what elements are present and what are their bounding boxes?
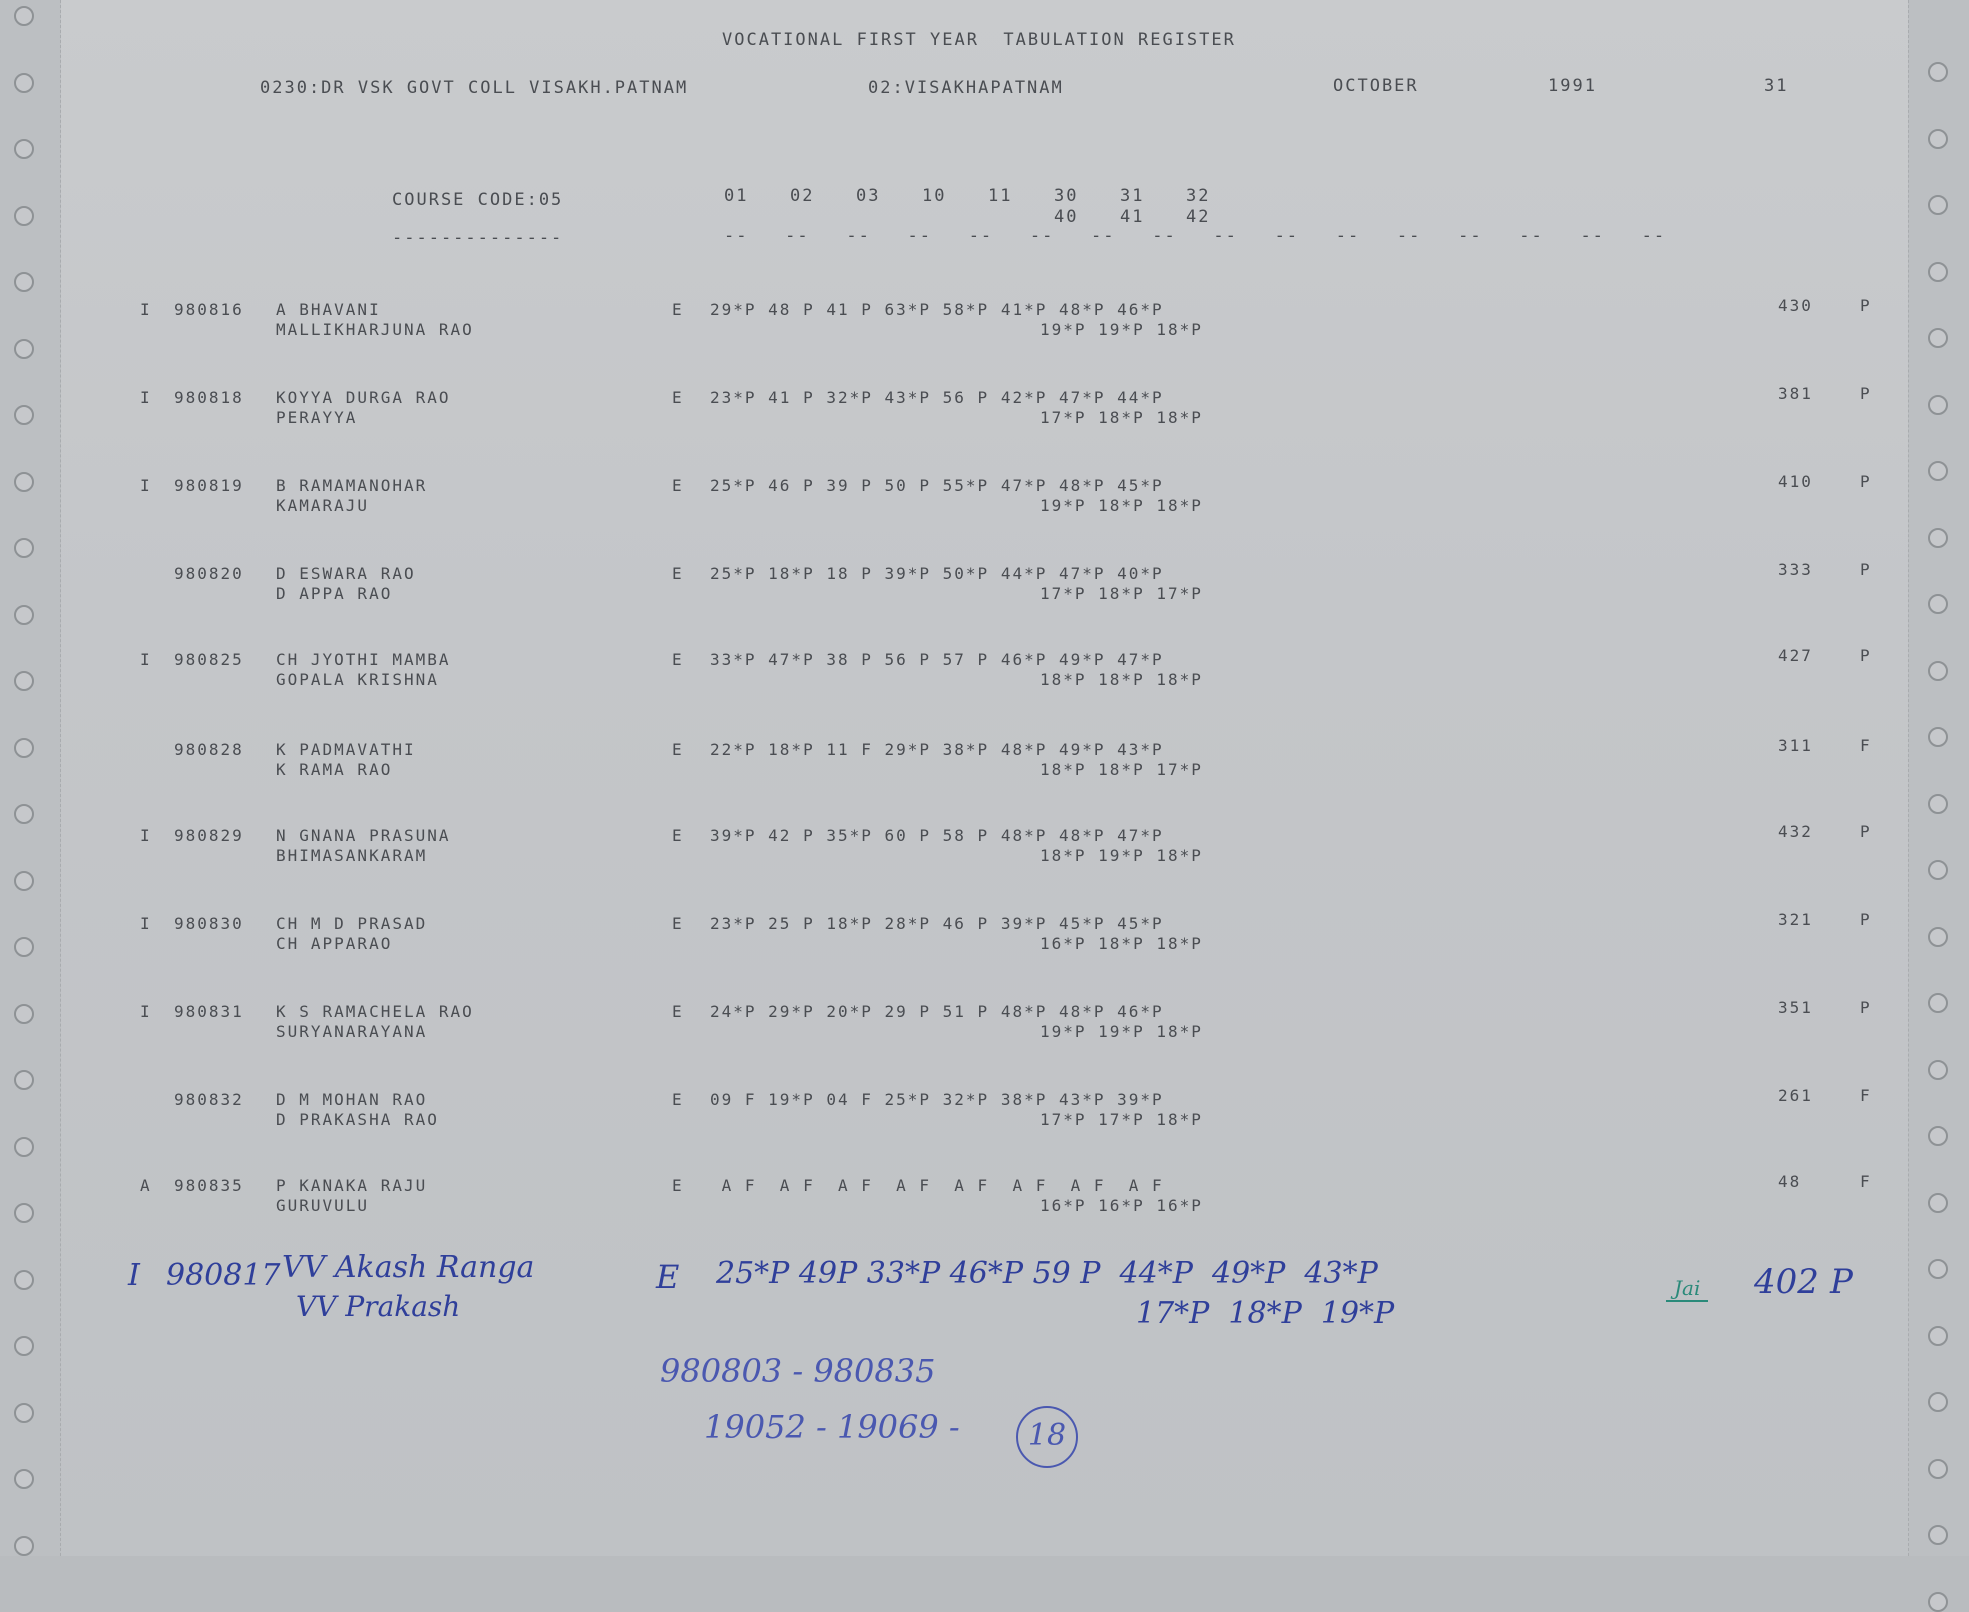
marks-line2: 18*P 18*P 17*P [1040,760,1203,779]
tractor-hole-icon [14,1070,34,1090]
course-code: COURSE CODE:05 [392,190,563,210]
result-status: F [1860,1172,1872,1191]
student-row: I980825CH JYOTHI MAMBAGOPALA KRISHNAE33*… [0,650,1969,710]
student-flag: I [140,914,152,933]
medium-code: E [672,1176,684,1195]
tractor-hole-icon [14,206,34,226]
course-code-underline: -------------- [392,228,563,248]
page-number: 31 [1764,76,1788,96]
subject-code-header: 30 [1054,186,1078,206]
subject-code-header: 31 [1120,186,1144,206]
result-status: P [1860,910,1872,929]
result-status: F [1860,1086,1872,1105]
father-name: GOPALA KRISHNA [276,670,439,689]
total-marks: 430 [1778,296,1813,315]
medium-code: E [672,1002,684,1021]
student-name: K PADMAVATHI [276,740,416,759]
student-flag: I [140,826,152,845]
subject-code-header: 02 [790,186,814,206]
father-name: MALLIKHARJUNA RAO [276,320,474,339]
marks-line2: 19*P 18*P 18*P [1040,496,1203,515]
result-status: P [1860,384,1872,403]
total-marks: 311 [1778,736,1813,755]
student-row: A980835P KANAKA RAJUGURUVULUE A F A F A … [0,1176,1969,1236]
marks-line2: 18*P 19*P 18*P [1040,846,1203,865]
student-flag: I [140,1002,152,1021]
result-status: P [1860,296,1872,315]
tractor-hole-icon [14,1270,34,1290]
marks-line2: 18*P 18*P 18*P [1040,670,1203,689]
student-name: K S RAMACHELA RAO [276,1002,474,1021]
handwritten-marks-line1: 25*P 49P 33*P 46*P 59 P 44*P 49*P 43*P [716,1256,1378,1291]
handwritten-father: VV Prakash [296,1290,460,1323]
total-marks: 333 [1778,560,1813,579]
medium-code: E [672,564,684,583]
total-marks: 321 [1778,910,1813,929]
subject-code-header: 03 [856,186,880,206]
tabulation-register-sheet: VOCATIONAL FIRST YEAR TABULATION REGISTE… [0,0,1969,1556]
father-name: PERAYYA [276,408,357,427]
tractor-hole-icon [1928,1525,1948,1545]
student-name: A BHAVANI [276,300,381,319]
student-name: D M MOHAN RAO [276,1090,427,1109]
student-name: B RAMAMANOHAR [276,476,427,495]
student-name: D ESWARA RAO [276,564,416,583]
tractor-hole-icon [1928,262,1948,282]
marks-line2: 16*P 18*P 18*P [1040,934,1203,953]
student-row: I980818KOYYA DURGA RAOPERAYYAE23*P 41 P … [0,388,1969,448]
medium-code: E [672,476,684,495]
marks-line1: 25*P 46 P 39 P 50 P 55*P 47*P 48*P 45*P [710,476,1164,495]
handwritten-circled-count: 18 [1016,1406,1078,1468]
subject-code-header: 10 [922,186,946,206]
district-name: 02:VISAKHAPATNAM [868,78,1064,98]
subject-code-header: 32 [1186,186,1210,206]
tractor-hole-icon [14,6,34,26]
total-marks: 410 [1778,472,1813,491]
tractor-hole-icon [1928,1326,1948,1346]
medium-code: E [672,914,684,933]
student-flag: A [140,1176,152,1195]
subject-code-header: 11 [988,186,1012,206]
marks-line2: 19*P 19*P 18*P [1040,1022,1203,1041]
student-name: CH JYOTHI MAMBA [276,650,451,669]
marks-line1: 22*P 18*P 11 F 29*P 38*P 48*P 49*P 43*P [710,740,1164,759]
marks-line2: 17*P 18*P 17*P [1040,584,1203,603]
marks-line1: 29*P 48 P 41 P 63*P 58*P 41*P 48*P 46*P [710,300,1164,319]
student-row: I980830CH M D PRASADCH APPARAOE23*P 25 P… [0,914,1969,974]
tractor-hole-icon [1928,1060,1948,1080]
tractor-hole-icon [14,1403,34,1423]
result-status: P [1860,998,1872,1017]
tractor-hole-icon [1928,1459,1948,1479]
student-flag: I [140,650,152,669]
roll-number: 980818 [174,388,244,407]
handwritten-result: P [1830,1262,1853,1302]
tractor-hole-icon [1928,62,1948,82]
college-name: 0230:DR VSK GOVT COLL VISAKH.PATNAM [260,78,688,98]
student-row: 980820D ESWARA RAOD APPA RAOE25*P 18*P 1… [0,564,1969,624]
register-title: VOCATIONAL FIRST YEAR TABULATION REGISTE… [722,30,1236,50]
exam-year: 1991 [1548,76,1597,96]
tractor-hole-icon [1928,1392,1948,1412]
student-row: 980832D M MOHAN RAOD PRAKASHA RAOE09 F 1… [0,1090,1969,1150]
tractor-hole-icon [14,1469,34,1489]
result-status: P [1860,822,1872,841]
marks-line2: 16*P 16*P 16*P [1040,1196,1203,1215]
medium-code: E [672,740,684,759]
roll-number: 980832 [174,1090,244,1109]
student-flag: I [140,300,152,319]
marks-line2: 17*P 18*P 18*P [1040,408,1203,427]
tractor-hole-icon [1928,1259,1948,1279]
total-marks: 261 [1778,1086,1813,1105]
tractor-hole-icon [14,1536,34,1556]
roll-number: 980819 [174,476,244,495]
tractor-hole-icon [14,804,34,824]
student-flag: I [140,476,152,495]
student-name: KOYYA DURGA RAO [276,388,451,407]
student-flag: I [140,388,152,407]
medium-code: E [672,388,684,407]
tractor-hole-icon [14,538,34,558]
tractor-hole-icon [14,73,34,93]
student-name: CH M D PRASAD [276,914,427,933]
marks-line1: 39*P 42 P 35*P 60 P 58 P 48*P 48*P 47*P [710,826,1164,845]
column-dash-line: -- -- -- -- -- -- -- -- -- -- -- -- -- -… [724,226,1666,246]
handwritten-count-line: 19052 - 19069 - [704,1408,960,1446]
result-status: P [1860,472,1872,491]
result-status: P [1860,646,1872,665]
roll-number: 980820 [174,564,244,583]
roll-number: 980831 [174,1002,244,1021]
father-name: CH APPARAO [276,934,392,953]
subject-code-header: 40 [1054,207,1078,227]
tractor-hole-icon [1928,195,1948,215]
roll-number: 980828 [174,740,244,759]
student-row: I980819B RAMAMANOHARKAMARAJUE25*P 46 P 3… [0,476,1969,536]
father-name: GURUVULU [276,1196,369,1215]
roll-number: 980816 [174,300,244,319]
subject-code-header: 41 [1120,207,1144,227]
handwritten-total: 402 [1754,1262,1819,1302]
result-status: F [1860,736,1872,755]
medium-code: E [672,650,684,669]
student-row: I980831K S RAMACHELA RAOSURYANARAYANAE24… [0,1002,1969,1062]
medium-code: E [672,1090,684,1109]
medium-code: E [672,300,684,319]
handwritten-marks-line2: 17*P 18*P 19*P [1136,1296,1394,1331]
total-marks: 48 [1778,1172,1801,1191]
tractor-hole-icon [14,1336,34,1356]
father-name: KAMARAJU [276,496,369,515]
father-name: D PRAKASHA RAO [276,1110,439,1129]
total-marks: 351 [1778,998,1813,1017]
marks-line1: 25*P 18*P 18 P 39*P 50*P 44*P 47*P 40*P [710,564,1164,583]
father-name: BHIMASANKARAM [276,846,427,865]
marks-line1: 09 F 19*P 04 F 25*P 32*P 38*P 43*P 39*P [710,1090,1164,1109]
student-row: 980828K PADMAVATHIK RAMA RAOE22*P 18*P 1… [0,740,1969,800]
subject-code-header: 01 [724,186,748,206]
marks-line1: 23*P 25 P 18*P 28*P 46 P 39*P 45*P 45*P [710,914,1164,933]
roll-number: 980825 [174,650,244,669]
roll-number: 980829 [174,826,244,845]
exam-month: OCTOBER [1333,76,1419,96]
marks-line2: 19*P 19*P 18*P [1040,320,1203,339]
tractor-hole-icon [14,272,34,292]
handwritten-name: VV Akash Ranga [282,1250,534,1285]
student-name: P KANAKA RAJU [276,1176,427,1195]
handwritten-medium: E [656,1258,679,1296]
student-row: I980829N GNANA PRASUNABHIMASANKARAME39*P… [0,826,1969,886]
subject-code-header: 42 [1186,207,1210,227]
father-name: D APPA RAO [276,584,392,603]
roll-number: 980830 [174,914,244,933]
total-marks: 432 [1778,822,1813,841]
medium-code: E [672,826,684,845]
marks-line1: 33*P 47*P 38 P 56 P 57 P 46*P 49*P 47*P [710,650,1164,669]
marks-line1: A F A F A F A F A F A F A F A F [710,1176,1164,1195]
total-marks: 381 [1778,384,1813,403]
marks-line2: 17*P 17*P 18*P [1040,1110,1203,1129]
student-row: I980816A BHAVANIMALLIKHARJUNA RAOE29*P 4… [0,300,1969,360]
result-status: P [1860,560,1872,579]
father-name: SURYANARAYANA [276,1022,427,1041]
tractor-hole-icon [1928,129,1948,149]
handwritten-roll: 980817 [166,1258,281,1293]
handwritten-initials: Jai [1666,1276,1708,1302]
marks-line1: 23*P 41 P 32*P 43*P 56 P 42*P 47*P 44*P [710,388,1164,407]
father-name: K RAMA RAO [276,760,392,779]
tractor-hole-icon [14,139,34,159]
roll-number: 980835 [174,1176,244,1195]
handwritten-roll-range: 980803 - 980835 [660,1352,935,1390]
total-marks: 427 [1778,646,1813,665]
marks-line1: 24*P 29*P 20*P 29 P 51 P 48*P 48*P 46*P [710,1002,1164,1021]
student-name: N GNANA PRASUNA [276,826,451,845]
handwritten-flag: I [128,1258,140,1293]
